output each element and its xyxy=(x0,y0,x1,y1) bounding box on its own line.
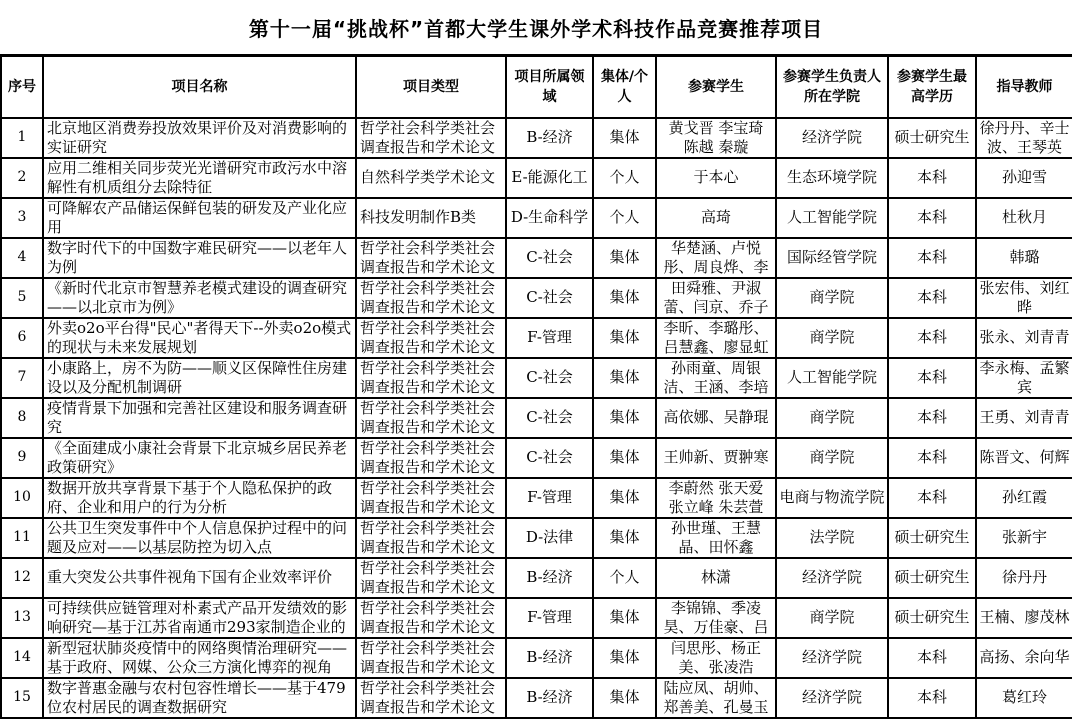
cell-text: 孙迎雪 xyxy=(979,168,1070,187)
table-row: 7小康路上，房不为防——顺义区保障性住房建设以及分配机制调研哲学社会科学类社会调… xyxy=(1,358,1072,398)
cell-project-name: 可持续供应链管理对朴素式产品开发绩效的影响研究—基于江苏省南通市293家制造企业… xyxy=(43,598,356,638)
cell-text: 本科 xyxy=(891,368,973,387)
cell-text: 商学院 xyxy=(779,328,885,347)
cell-text: 集体 xyxy=(596,328,653,347)
cell-text: 于本心 xyxy=(659,168,773,187)
cell-students: 李昕、李璐彤、吕慧鑫、廖显虹 xyxy=(656,318,776,358)
cell-project-type: 哲学社会科学类社会调查报告和学术论文 xyxy=(356,598,506,638)
cell-text: 哲学社会科学类社会调查报告和学术论文 xyxy=(360,359,502,397)
cell-students: 孙雨童、周银洁、王涵、李培莎 xyxy=(656,358,776,398)
cell-college: 经济学院 xyxy=(776,638,888,678)
cell-text: 集体 xyxy=(596,528,653,547)
cell-text: B-经济 xyxy=(509,688,590,707)
cell-field: B-经济 xyxy=(506,678,593,718)
cell-college: 经济学院 xyxy=(776,558,888,598)
cell-text: 高扬、余向华 xyxy=(979,648,1070,667)
cell-text: 外卖o2o平台得"民心"者得天下--外卖o2o模式的现状与未来发展规划 xyxy=(47,319,352,357)
cell-field: B-经济 xyxy=(506,558,593,598)
column-header-college: 参赛学生负责人所在学院 xyxy=(776,56,888,118)
cell-advisors: 张宏伟、刘红晔 xyxy=(976,278,1072,318)
cell-group-type: 集体 xyxy=(593,478,656,518)
cell-text: 孙红霞 xyxy=(979,488,1070,507)
cell-project-name: 数据开放共享背景下基于个人隐私保护的政府、企业和用户的行为分析 xyxy=(43,478,356,518)
cell-degree: 硕士研究生 xyxy=(888,518,976,558)
cell-project-type: 哲学社会科学类社会调查报告和学术论文 xyxy=(356,278,506,318)
cell-students: 李蔚然 张天爱 张立峰 朱芸萱 xyxy=(656,478,776,518)
cell-text: 人工智能学院 xyxy=(779,368,885,387)
cell-project-type: 哲学社会科学类社会调查报告和学术论文 xyxy=(356,638,506,678)
cell-text: B-经济 xyxy=(509,568,590,587)
cell-text: C-社会 xyxy=(509,368,590,387)
cell-degree: 本科 xyxy=(888,318,976,358)
cell-text: 9 xyxy=(4,448,40,467)
cell-text: 杜秋月 xyxy=(979,208,1070,227)
cell-text: 哲学社会科学类社会调查报告和学术论文 xyxy=(360,479,502,517)
cell-degree: 本科 xyxy=(888,678,976,718)
cell-group-type: 个人 xyxy=(593,158,656,198)
cell-text: 哲学社会科学类社会调查报告和学术论文 xyxy=(360,119,502,157)
cell-group-type: 个人 xyxy=(593,198,656,238)
cell-advisors: 王勇、刘青青 xyxy=(976,398,1072,438)
cell-text: 经济学院 xyxy=(779,128,885,147)
cell-field: E-能源化工 xyxy=(506,158,593,198)
cell-degree: 本科 xyxy=(888,478,976,518)
cell-advisors: 王楠、廖茂林 xyxy=(976,598,1072,638)
cell-text: 经济学院 xyxy=(779,568,885,587)
cell-text: 高琦 xyxy=(659,208,773,227)
cell-text: 硕士研究生 xyxy=(891,528,973,547)
cell-field: C-社会 xyxy=(506,278,593,318)
cell-degree: 硕士研究生 xyxy=(888,118,976,158)
cell-serial: 13 xyxy=(1,598,43,638)
cell-text: 高依娜、吴静琨 xyxy=(659,408,773,427)
cell-text: 本科 xyxy=(891,488,973,507)
header-row: 序号项目名称项目类型项目所属领域集体/个人参赛学生参赛学生负责人所在学院参赛学生… xyxy=(1,56,1072,118)
cell-text: 新型冠状肺炎疫情中的网络舆情治理研究——基于政府、网媒、公众三方演化博弈的视角 xyxy=(47,639,352,677)
cell-college: 法学院 xyxy=(776,518,888,558)
cell-text: B-经济 xyxy=(509,648,590,667)
cell-project-type: 哲学社会科学类社会调查报告和学术论文 xyxy=(356,518,506,558)
cell-text: 经济学院 xyxy=(779,688,885,707)
cell-text: 北京地区消费券投放效果评价及对消费影响的实证研究 xyxy=(47,119,352,157)
cell-group-type: 集体 xyxy=(593,638,656,678)
cell-advisors: 孙红霞 xyxy=(976,478,1072,518)
cell-degree: 本科 xyxy=(888,158,976,198)
cell-text: 集体 xyxy=(596,248,653,267)
cell-text: 陈晋文、何辉 xyxy=(979,448,1070,467)
cell-serial: 12 xyxy=(1,558,43,598)
cell-group-type: 集体 xyxy=(593,678,656,718)
cell-students: 孙世瑾、王慧晶、田怀鑫 xyxy=(656,518,776,558)
cell-text: 生态环境学院 xyxy=(779,168,885,187)
cell-text: 集体 xyxy=(596,408,653,427)
cell-project-name: 数字时代下的中国数字难民研究——以老年人为例 xyxy=(43,238,356,278)
table-row: 13可持续供应链管理对朴素式产品开发绩效的影响研究—基于江苏省南通市293家制造… xyxy=(1,598,1072,638)
cell-text: D-法律 xyxy=(509,528,590,547)
cell-text: C-社会 xyxy=(509,288,590,307)
cell-project-name: 新型冠状肺炎疫情中的网络舆情治理研究——基于政府、网媒、公众三方演化博弈的视角 xyxy=(43,638,356,678)
cell-text: 本科 xyxy=(891,208,973,227)
cell-project-type: 哲学社会科学类社会调查报告和学术论文 xyxy=(356,318,506,358)
cell-college: 商学院 xyxy=(776,398,888,438)
cell-text: 王勇、刘青青 xyxy=(979,408,1070,427)
cell-degree: 本科 xyxy=(888,238,976,278)
cell-text: 应用二维相关同步荧光光谱研究市政污水中溶解性有机质组分去除特征 xyxy=(47,159,352,197)
cell-text: 14 xyxy=(4,648,40,667)
cell-field: B-经济 xyxy=(506,638,593,678)
cell-text: 哲学社会科学类社会调查报告和学术论文 xyxy=(360,639,502,677)
cell-text: 7 xyxy=(4,368,40,387)
cell-text: 本科 xyxy=(891,408,973,427)
cell-text: 葛红玲 xyxy=(979,688,1070,707)
cell-project-name: 疫情背景下加强和完善社区建设和服务调查研究 xyxy=(43,398,356,438)
cell-text: 哲学社会科学类社会调查报告和学术论文 xyxy=(360,679,502,717)
cell-text: 8 xyxy=(4,408,40,427)
cell-project-type: 哲学社会科学类社会调查报告和学术论文 xyxy=(356,358,506,398)
cell-text: 集体 xyxy=(596,608,653,627)
cell-degree: 本科 xyxy=(888,198,976,238)
cell-serial: 11 xyxy=(1,518,43,558)
cell-text: 本科 xyxy=(891,688,973,707)
projects-table: 序号项目名称项目类型项目所属领域集体/个人参赛学生参赛学生负责人所在学院参赛学生… xyxy=(0,54,1072,719)
cell-text: 哲学社会科学类社会调查报告和学术论文 xyxy=(360,599,502,637)
cell-degree: 本科 xyxy=(888,278,976,318)
cell-students: 李锦锦、季凌昊、万佳豪、吕甜 xyxy=(656,598,776,638)
cell-text: 硕士研究生 xyxy=(891,128,973,147)
cell-text: 孙雨童、周银洁、王涵、李培莎 xyxy=(659,359,773,397)
table-row: 9《全面建成小康社会背景下北京城乡居民养老政策研究》哲学社会科学类社会调查报告和… xyxy=(1,438,1072,478)
cell-text: 数据开放共享背景下基于个人隐私保护的政府、企业和用户的行为分析 xyxy=(47,479,352,517)
cell-students: 高琦 xyxy=(656,198,776,238)
cell-text: 商学院 xyxy=(779,408,885,427)
cell-field: C-社会 xyxy=(506,438,593,478)
cell-project-type: 哲学社会科学类社会调查报告和学术论文 xyxy=(356,398,506,438)
cell-text: 集体 xyxy=(596,648,653,667)
cell-text: C-社会 xyxy=(509,248,590,267)
cell-project-type: 哲学社会科学类社会调查报告和学术论文 xyxy=(356,118,506,158)
cell-students: 黄戈晋 李宝琦 陈越 秦璇 xyxy=(656,118,776,158)
cell-advisors: 孙迎雪 xyxy=(976,158,1072,198)
cell-text: 田舜雅、尹淑蕾、闫京、乔子淳 xyxy=(659,279,773,317)
cell-text: 个人 xyxy=(596,168,653,187)
cell-text: 科技发明制作B类 xyxy=(360,208,502,227)
cell-text: E-能源化工 xyxy=(509,168,590,187)
cell-project-type: 哲学社会科学类社会调查报告和学术论文 xyxy=(356,678,506,718)
cell-college: 商学院 xyxy=(776,278,888,318)
cell-project-name: 小康路上，房不为防——顺义区保障性住房建设以及分配机制调研 xyxy=(43,358,356,398)
cell-serial: 9 xyxy=(1,438,43,478)
cell-text: 韩璐 xyxy=(979,248,1070,267)
cell-text: 集体 xyxy=(596,488,653,507)
cell-project-type: 科技发明制作B类 xyxy=(356,198,506,238)
cell-advisors: 徐丹丹、辛士波、王琴英 xyxy=(976,118,1072,158)
cell-text: 法学院 xyxy=(779,528,885,547)
cell-serial: 15 xyxy=(1,678,43,718)
cell-text: 10 xyxy=(4,488,40,507)
cell-text: 本科 xyxy=(891,448,973,467)
cell-text: 可持续供应链管理对朴素式产品开发绩效的影响研究—基于江苏省南通市293家制造企业… xyxy=(47,599,352,637)
document: 第十一届“挑战杯”首都大学生课外学术科技作品竞赛推荐项目 序号项目名称项目类型项… xyxy=(0,0,1072,721)
cell-project-name: 重大突发公共事件视角下国有企业效率评价 xyxy=(43,558,356,598)
cell-field: D-生命科学 xyxy=(506,198,593,238)
cell-students: 闫思彤、杨正美、张凌浩 xyxy=(656,638,776,678)
cell-text: 个人 xyxy=(596,208,653,227)
cell-students: 田舜雅、尹淑蕾、闫京、乔子淳 xyxy=(656,278,776,318)
cell-text: 张永、刘青青 xyxy=(979,328,1070,347)
cell-text: 本科 xyxy=(891,328,973,347)
cell-college: 商学院 xyxy=(776,438,888,478)
cell-group-type: 集体 xyxy=(593,438,656,478)
cell-serial: 1 xyxy=(1,118,43,158)
cell-text: 集体 xyxy=(596,368,653,387)
cell-project-name: 可降解农产品储运保鲜包装的研发及产业化应用 xyxy=(43,198,356,238)
cell-field: C-社会 xyxy=(506,398,593,438)
cell-text: 1 xyxy=(4,128,40,147)
cell-group-type: 集体 xyxy=(593,398,656,438)
cell-text: 徐丹丹、辛士波、王琴英 xyxy=(979,119,1070,157)
cell-field: C-社会 xyxy=(506,358,593,398)
cell-text: 李昕、李璐彤、吕慧鑫、廖显虹 xyxy=(659,319,773,357)
cell-group-type: 集体 xyxy=(593,518,656,558)
cell-students: 于本心 xyxy=(656,158,776,198)
cell-advisors: 徐丹丹 xyxy=(976,558,1072,598)
cell-text: 哲学社会科学类社会调查报告和学术论文 xyxy=(360,279,502,317)
cell-college: 生态环境学院 xyxy=(776,158,888,198)
cell-project-name: 北京地区消费券投放效果评价及对消费影响的实证研究 xyxy=(43,118,356,158)
cell-degree: 本科 xyxy=(888,398,976,438)
cell-text: F-管理 xyxy=(509,488,590,507)
cell-text: 重大突发公共事件视角下国有企业效率评价 xyxy=(47,568,352,587)
cell-students: 王帅新、贾翀寒 xyxy=(656,438,776,478)
cell-students: 华楚涵、卢悦彤、周良烨、李子 xyxy=(656,238,776,278)
column-header-serial: 序号 xyxy=(1,56,43,118)
column-header-degree: 参赛学生最高学历 xyxy=(888,56,976,118)
cell-text: 张新宇 xyxy=(979,528,1070,547)
cell-field: D-法律 xyxy=(506,518,593,558)
column-header-group-type: 集体/个人 xyxy=(593,56,656,118)
cell-degree: 本科 xyxy=(888,438,976,478)
column-header-project-name: 项目名称 xyxy=(43,56,356,118)
cell-college: 经济学院 xyxy=(776,678,888,718)
cell-text: 商学院 xyxy=(779,288,885,307)
cell-text: D-生命科学 xyxy=(509,208,590,227)
cell-project-name: 《新时代北京市智慧养老模式建设的调查研究——以北京市为例》 xyxy=(43,278,356,318)
table-row: 3可降解农产品储运保鲜包装的研发及产业化应用科技发明制作B类D-生命科学个人高琦… xyxy=(1,198,1072,238)
cell-advisors: 葛红玲 xyxy=(976,678,1072,718)
cell-group-type: 集体 xyxy=(593,238,656,278)
table-row: 2应用二维相关同步荧光光谱研究市政污水中溶解性有机质组分去除特征自然科学类学术论… xyxy=(1,158,1072,198)
cell-text: 电商与物流学院 xyxy=(779,488,885,507)
cell-advisors: 韩璐 xyxy=(976,238,1072,278)
cell-text: 5 xyxy=(4,288,40,307)
cell-text: 李蔚然 张天爱 张立峰 朱芸萱 xyxy=(659,479,773,517)
table-body: 1北京地区消费券投放效果评价及对消费影响的实证研究哲学社会科学类社会调查报告和学… xyxy=(1,118,1072,718)
cell-group-type: 集体 xyxy=(593,118,656,158)
cell-serial: 8 xyxy=(1,398,43,438)
cell-text: 自然科学类学术论文 xyxy=(360,168,502,187)
cell-text: 数字普惠金融与农村包容性增长——基于479位农村居民的调查数据研究 xyxy=(47,679,352,717)
cell-field: F-管理 xyxy=(506,598,593,638)
cell-field: C-社会 xyxy=(506,238,593,278)
cell-text: 商学院 xyxy=(779,608,885,627)
cell-text: 本科 xyxy=(891,168,973,187)
cell-text: C-社会 xyxy=(509,408,590,427)
cell-college: 人工智能学院 xyxy=(776,358,888,398)
cell-text: 12 xyxy=(4,568,40,587)
cell-text: 个人 xyxy=(596,568,653,587)
cell-degree: 本科 xyxy=(888,358,976,398)
cell-group-type: 集体 xyxy=(593,318,656,358)
cell-serial: 14 xyxy=(1,638,43,678)
table-row: 1北京地区消费券投放效果评价及对消费影响的实证研究哲学社会科学类社会调查报告和学… xyxy=(1,118,1072,158)
cell-text: 11 xyxy=(4,528,40,547)
cell-text: F-管理 xyxy=(509,328,590,347)
cell-text: 集体 xyxy=(596,128,653,147)
cell-text: 6 xyxy=(4,328,40,347)
table-row: 12重大突发公共事件视角下国有企业效率评价哲学社会科学类社会调查报告和学术论文B… xyxy=(1,558,1072,598)
cell-advisors: 高扬、余向华 xyxy=(976,638,1072,678)
cell-advisors: 陈晋文、何辉 xyxy=(976,438,1072,478)
cell-text: 疫情背景下加强和完善社区建设和服务调查研究 xyxy=(47,399,352,437)
cell-text: 经济学院 xyxy=(779,648,885,667)
cell-text: 商学院 xyxy=(779,448,885,467)
cell-text: 《新时代北京市智慧养老模式建设的调查研究——以北京市为例》 xyxy=(47,279,352,317)
cell-field: B-经济 xyxy=(506,118,593,158)
cell-college: 国际经管学院 xyxy=(776,238,888,278)
cell-serial: 6 xyxy=(1,318,43,358)
cell-serial: 10 xyxy=(1,478,43,518)
cell-text: 哲学社会科学类社会调查报告和学术论文 xyxy=(360,319,502,357)
cell-text: 哲学社会科学类社会调查报告和学术论文 xyxy=(360,239,502,277)
cell-college: 商学院 xyxy=(776,318,888,358)
cell-students: 陆应凤、胡帅、郑善美、孔曼玉 xyxy=(656,678,776,718)
cell-project-type: 哲学社会科学类社会调查报告和学术论文 xyxy=(356,238,506,278)
table-row: 15数字普惠金融与农村包容性增长——基于479位农村居民的调查数据研究哲学社会科… xyxy=(1,678,1072,718)
table-row: 8疫情背景下加强和完善社区建设和服务调查研究哲学社会科学类社会调查报告和学术论文… xyxy=(1,398,1072,438)
cell-text: 李锦锦、季凌昊、万佳豪、吕甜 xyxy=(659,599,773,637)
cell-students: 林潇 xyxy=(656,558,776,598)
cell-text: C-社会 xyxy=(509,448,590,467)
cell-text: 人工智能学院 xyxy=(779,208,885,227)
table-row: 10数据开放共享背景下基于个人隐私保护的政府、企业和用户的行为分析哲学社会科学类… xyxy=(1,478,1072,518)
cell-serial: 3 xyxy=(1,198,43,238)
cell-field: F-管理 xyxy=(506,318,593,358)
cell-college: 电商与物流学院 xyxy=(776,478,888,518)
cell-text: 15 xyxy=(4,688,40,707)
cell-advisors: 李永梅、孟繁宾 xyxy=(976,358,1072,398)
cell-text: 哲学社会科学类社会调查报告和学术论文 xyxy=(360,399,502,437)
cell-project-type: 哲学社会科学类社会调查报告和学术论文 xyxy=(356,438,506,478)
cell-text: 张宏伟、刘红晔 xyxy=(979,279,1070,317)
cell-text: 国际经管学院 xyxy=(779,248,885,267)
cell-text: 本科 xyxy=(891,288,973,307)
cell-text: F-管理 xyxy=(509,608,590,627)
cell-text: 3 xyxy=(4,208,40,227)
cell-text: 王楠、廖茂林 xyxy=(979,608,1070,627)
cell-text: 陆应凤、胡帅、郑善美、孔曼玉 xyxy=(659,679,773,717)
cell-text: 王帅新、贾翀寒 xyxy=(659,448,773,467)
cell-serial: 7 xyxy=(1,358,43,398)
cell-text: 林潇 xyxy=(659,568,773,587)
cell-text: 徐丹丹 xyxy=(979,568,1070,587)
cell-text: 黄戈晋 李宝琦 陈越 秦璇 xyxy=(659,119,773,157)
column-header-students: 参赛学生 xyxy=(656,56,776,118)
cell-project-name: 《全面建成小康社会背景下北京城乡居民养老政策研究》 xyxy=(43,438,356,478)
cell-advisors: 杜秋月 xyxy=(976,198,1072,238)
cell-project-type: 自然科学类学术论文 xyxy=(356,158,506,198)
cell-project-name: 应用二维相关同步荧光光谱研究市政污水中溶解性有机质组分去除特征 xyxy=(43,158,356,198)
cell-college: 商学院 xyxy=(776,598,888,638)
cell-text: 本科 xyxy=(891,648,973,667)
column-header-field: 项目所属领域 xyxy=(506,56,593,118)
cell-text: 可降解农产品储运保鲜包装的研发及产业化应用 xyxy=(47,199,352,237)
cell-project-type: 哲学社会科学类社会调查报告和学术论文 xyxy=(356,478,506,518)
cell-project-name: 外卖o2o平台得"民心"者得天下--外卖o2o模式的现状与未来发展规划 xyxy=(43,318,356,358)
cell-text: 华楚涵、卢悦彤、周良烨、李子 xyxy=(659,239,773,277)
cell-text: 李永梅、孟繁宾 xyxy=(979,359,1070,397)
cell-college: 人工智能学院 xyxy=(776,198,888,238)
cell-project-type: 哲学社会科学类社会调查报告和学术论文 xyxy=(356,558,506,598)
table-row: 6外卖o2o平台得"民心"者得天下--外卖o2o模式的现状与未来发展规划哲学社会… xyxy=(1,318,1072,358)
cell-text: 公共卫生突发事件中个人信息保护过程中的问题及应对——以基层防控为切入点 xyxy=(47,519,352,557)
cell-text: 13 xyxy=(4,608,40,627)
page-title: 第十一届“挑战杯”首都大学生课外学术科技作品竞赛推荐项目 xyxy=(0,0,1072,54)
cell-degree: 硕士研究生 xyxy=(888,598,976,638)
table-row: 11公共卫生突发事件中个人信息保护过程中的问题及应对——以基层防控为切入点哲学社… xyxy=(1,518,1072,558)
cell-group-type: 集体 xyxy=(593,278,656,318)
cell-college: 经济学院 xyxy=(776,118,888,158)
cell-text: B-经济 xyxy=(509,128,590,147)
cell-text: 哲学社会科学类社会调查报告和学术论文 xyxy=(360,439,502,477)
cell-text: 哲学社会科学类社会调查报告和学术论文 xyxy=(360,519,502,557)
cell-text: 硕士研究生 xyxy=(891,568,973,587)
cell-text: 数字时代下的中国数字难民研究——以老年人为例 xyxy=(47,239,352,277)
cell-serial: 4 xyxy=(1,238,43,278)
cell-text: 集体 xyxy=(596,688,653,707)
cell-text: 集体 xyxy=(596,448,653,467)
cell-text: 本科 xyxy=(891,248,973,267)
cell-text: 孙世瑾、王慧晶、田怀鑫 xyxy=(659,519,773,557)
cell-advisors: 张永、刘青青 xyxy=(976,318,1072,358)
cell-text: 集体 xyxy=(596,288,653,307)
table-row: 4数字时代下的中国数字难民研究——以老年人为例哲学社会科学类社会调查报告和学术论… xyxy=(1,238,1072,278)
cell-serial: 5 xyxy=(1,278,43,318)
cell-text: 《全面建成小康社会背景下北京城乡居民养老政策研究》 xyxy=(47,439,352,477)
cell-group-type: 个人 xyxy=(593,558,656,598)
cell-text: 哲学社会科学类社会调查报告和学术论文 xyxy=(360,559,502,597)
cell-advisors: 张新宇 xyxy=(976,518,1072,558)
column-header-project-type: 项目类型 xyxy=(356,56,506,118)
cell-degree: 硕士研究生 xyxy=(888,558,976,598)
cell-project-name: 数字普惠金融与农村包容性增长——基于479位农村居民的调查数据研究 xyxy=(43,678,356,718)
cell-text: 2 xyxy=(4,168,40,187)
cell-text: 闫思彤、杨正美、张凌浩 xyxy=(659,639,773,677)
cell-text: 4 xyxy=(4,248,40,267)
cell-group-type: 集体 xyxy=(593,598,656,638)
cell-text: 小康路上，房不为防——顺义区保障性住房建设以及分配机制调研 xyxy=(47,359,352,397)
column-header-advisors: 指导教师 xyxy=(976,56,1072,118)
cell-serial: 2 xyxy=(1,158,43,198)
cell-degree: 本科 xyxy=(888,638,976,678)
cell-text: 硕士研究生 xyxy=(891,608,973,627)
cell-students: 高依娜、吴静琨 xyxy=(656,398,776,438)
cell-project-name: 公共卫生突发事件中个人信息保护过程中的问题及应对——以基层防控为切入点 xyxy=(43,518,356,558)
cell-field: F-管理 xyxy=(506,478,593,518)
table-row: 14新型冠状肺炎疫情中的网络舆情治理研究——基于政府、网媒、公众三方演化博弈的视… xyxy=(1,638,1072,678)
table-row: 5《新时代北京市智慧养老模式建设的调查研究——以北京市为例》哲学社会科学类社会调… xyxy=(1,278,1072,318)
cell-group-type: 集体 xyxy=(593,358,656,398)
